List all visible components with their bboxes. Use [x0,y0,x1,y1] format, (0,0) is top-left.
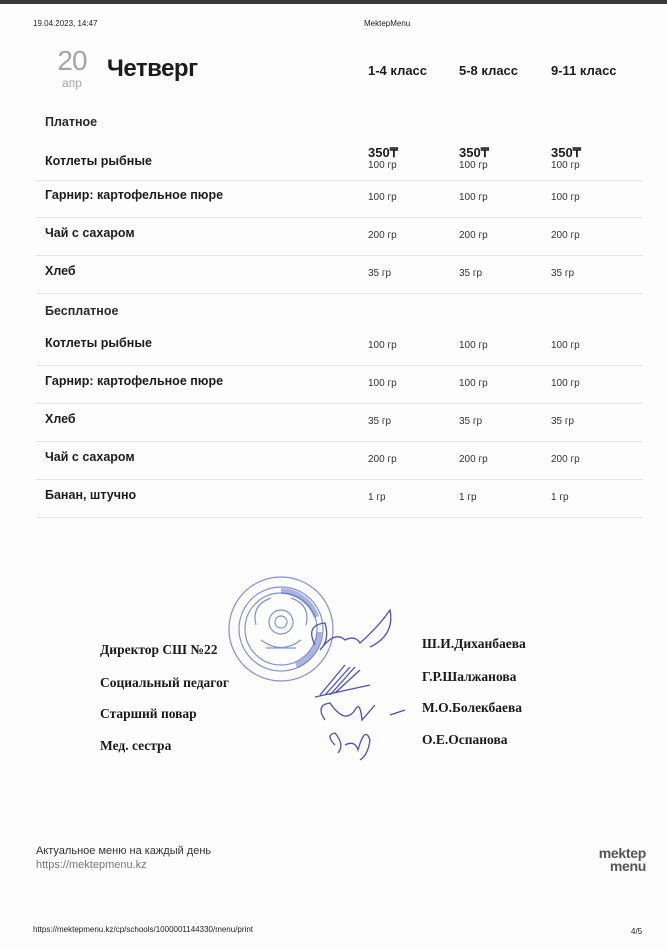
portion-cell: 1 гр [459,492,477,503]
portion-cell: 35 гр [368,416,391,427]
portion-cell: 100 гр [459,340,488,351]
weight: 35 гр [459,268,482,279]
date-month: апр [57,76,87,90]
dish-name: Чай с сахаром [45,226,135,240]
menu-row: Котлеты рыбные100 гр100 гр100 гр [36,328,643,366]
logo-line-2: menu [586,860,646,873]
weight: 100 гр [368,340,397,351]
signatory-role: Мед. сестра [100,738,171,754]
footer-link[interactable]: https://mektepmenu.kz [36,859,147,871]
weight: 200 гр [551,230,580,241]
portion-cell: 100 гр [459,378,488,389]
portion-cell: 200 гр [459,230,488,241]
portion-cell: 35 гр [459,268,482,279]
portion-cell: 100 гр [551,340,580,351]
weight: 100 гр [459,340,488,351]
weight: 1 гр [368,492,386,503]
portion-cell: 35 гр [551,416,574,427]
portion-cell: 100 гр [368,378,397,389]
portion-cell: 35 гр [368,268,391,279]
portion-cell: 100 гр [551,192,580,203]
section-title: Платное [45,115,97,129]
signatory-role: Старший повар [100,706,197,722]
print-site-title: MektepMenu [364,19,410,28]
section-title: Бесплатное [45,304,118,318]
portion-cell: 200 гр [368,230,397,241]
dish-name: Чай с сахаром [45,450,135,464]
weight: 100 гр [368,192,397,203]
weight: 200 гр [368,230,397,241]
price: 350₸ [459,145,489,160]
weight: 100 гр [551,192,580,203]
signatory-role: Социальный педагог [100,675,229,691]
portion-cell: 350₸100 гр [551,145,581,171]
portion-cell: 35 гр [551,268,574,279]
price: 350₸ [551,145,581,160]
menu-row: Котлеты рыбные350₸100 гр350₸100 гр350₸10… [36,139,643,181]
weight: 100 гр [368,160,397,171]
portion-cell: 200 гр [551,454,580,465]
price: 350₸ [368,145,398,160]
weight: 100 гр [459,192,488,203]
portion-cell: 1 гр [368,492,386,503]
weight: 100 гр [551,378,580,389]
dish-name: Котлеты рыбные [45,336,152,350]
signatory-name: О.Е.Оспанова [422,732,508,748]
weight: 35 гр [368,416,391,427]
portion-cell: 35 гр [459,416,482,427]
menu-row: Хлеб35 гр35 гр35 гр [36,256,643,294]
weight: 35 гр [459,416,482,427]
column-header-5-8: 5-8 класс [459,63,518,78]
weight: 100 гр [368,378,397,389]
menu-row: Чай с сахаром200 гр200 гр200 гр [36,218,643,256]
menu-row: Гарнир: картофельное пюре100 гр100 гр100… [36,180,643,218]
mektepmenu-logo: mektep menu [586,847,646,873]
portion-cell: 200 гр [551,230,580,241]
portion-cell: 100 гр [368,340,397,351]
dish-name: Банан, штучно [45,488,136,502]
weight: 35 гр [368,268,391,279]
weight: 35 гр [551,268,574,279]
menu-row: Гарнир: картофельное пюре100 гр100 гр100… [36,366,643,404]
menu-row: Чай с сахаром200 гр200 гр200 гр [36,442,643,480]
column-header-9-11: 9-11 класс [551,63,617,78]
footer-tagline: Актуальное меню на каждый день [36,845,211,857]
column-header-1-4: 1-4 класс [368,63,427,78]
date-number: 20 [57,45,87,77]
dish-name: Хлеб [45,264,76,278]
signatory-name: Г.Р.Шалжанова [422,669,516,685]
print-datetime: 19.04.2023, 14:47 [33,19,98,28]
portion-cell: 100 гр [368,192,397,203]
portion-cell: 350₸100 гр [368,145,398,171]
handwritten-signatures [300,605,420,765]
portion-cell: 200 гр [368,454,397,465]
menu-row: Банан, штучно1 гр1 гр1 гр [36,480,643,518]
weight: 200 гр [551,454,580,465]
portion-cell: 350₸100 гр [459,145,489,171]
print-page-url: https://mektepmenu.kz/cp/schools/1000001… [33,925,253,934]
dish-name: Гарнир: картофельное пюре [45,374,223,388]
weight: 100 гр [551,340,580,351]
portion-cell: 100 гр [459,192,488,203]
weight: 200 гр [459,230,488,241]
weight: 35 гр [551,416,574,427]
portion-cell: 1 гр [551,492,569,503]
scan-top-edge [0,0,667,4]
weight: 200 гр [368,454,397,465]
weight: 1 гр [551,492,569,503]
dish-name: Котлеты рыбные [45,154,152,168]
portion-cell: 100 гр [551,378,580,389]
weight: 200 гр [459,454,488,465]
weight: 1 гр [459,492,477,503]
signatory-role: Директор СШ №22 [100,642,217,658]
dish-name: Гарнир: картофельное пюре [45,188,223,202]
signatory-name: Ш.И.Диханбаева [422,636,526,652]
weight: 100 гр [459,160,488,171]
weight: 100 гр [551,160,580,171]
signatory-name: М.О.Болекбаева [422,700,522,716]
menu-row: Хлеб35 гр35 гр35 гр [36,404,643,442]
weekday-title: Четверг [107,55,198,83]
portion-cell: 200 гр [459,454,488,465]
weight: 100 гр [459,378,488,389]
page-number: 4/5 [631,927,642,936]
dish-name: Хлеб [45,412,76,426]
